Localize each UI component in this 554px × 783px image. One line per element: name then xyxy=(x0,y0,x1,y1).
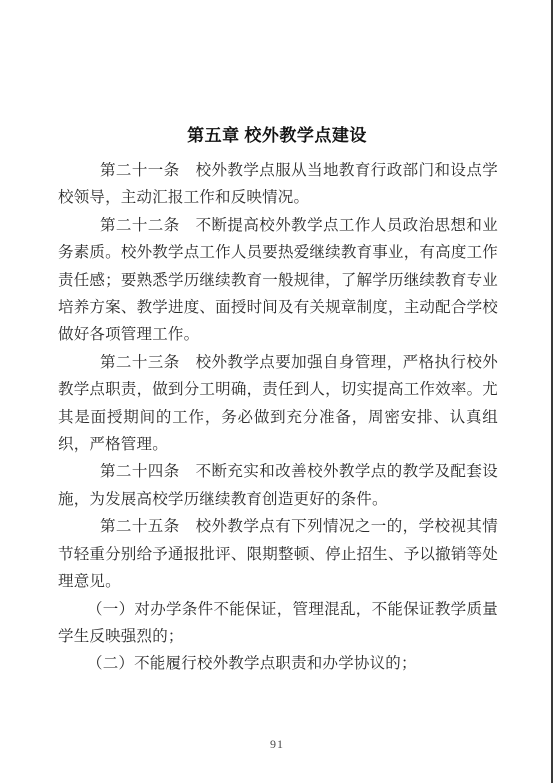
page-number: 91 xyxy=(0,737,554,751)
article-23-paragraph: 第二十三条 校外教学点要加强自身管理，严格执行校外教学点职责，做到分工明确，责任… xyxy=(58,349,498,459)
document-page: 第五章 校外教学点建设 第二十一条 校外教学点服从当地教育行政部门和设点学校领导… xyxy=(0,0,554,783)
clause-item-1-paragraph: （一）对办学条件不能保证，管理混乱，不能保证教学质量学生反映强烈的； xyxy=(58,596,498,651)
article-25-paragraph: 第二十五条 校外教学点有下列情况之一的，学校视其情节轻重分别给予通报批评、限期整… xyxy=(58,513,498,595)
article-22-paragraph: 第二十二条 不断提高校外教学点工作人员政治思想和业务素质。校外教学点工作人员要热… xyxy=(58,212,498,349)
document-body: 第二十一条 校外教学点服从当地教育行政部门和设点学校领导，主动汇报工作和反映情况… xyxy=(58,157,498,678)
clause-item-2-paragraph: （二）不能履行校外教学点职责和办学协议的； xyxy=(58,650,498,677)
chapter-title: 第五章 校外教学点建设 xyxy=(0,124,554,148)
article-21-paragraph: 第二十一条 校外教学点服从当地教育行政部门和设点学校领导，主动汇报工作和反映情况… xyxy=(58,157,498,212)
article-24-paragraph: 第二十四条 不断充实和改善校外教学点的教学及配套设施，为发展高校学历继续教育创造… xyxy=(58,458,498,513)
scan-edge-line xyxy=(551,0,553,783)
